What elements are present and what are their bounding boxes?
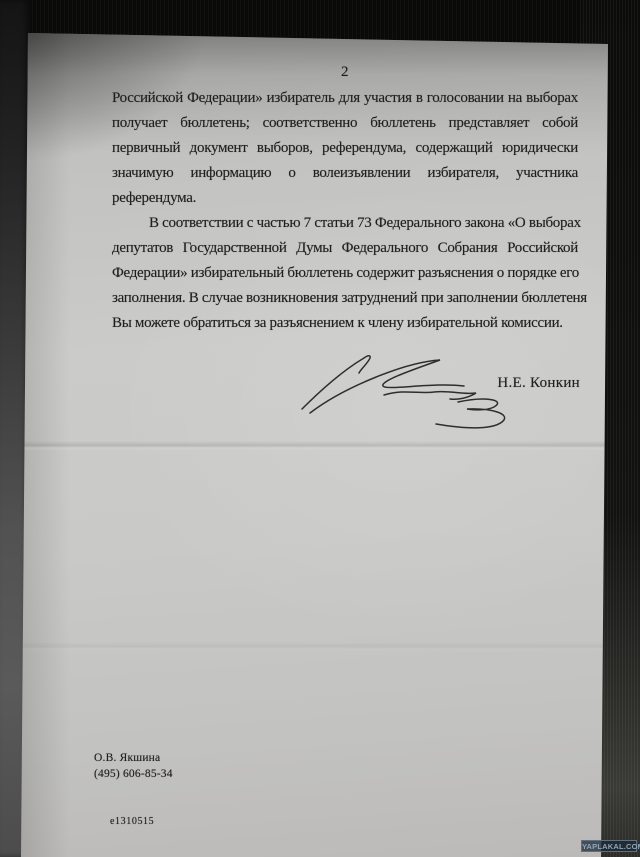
- text-line: депутатов Государственной Думы Федеральн…: [112, 236, 578, 261]
- text-line: В соответствии с частью 7 статьи 73 Феде…: [112, 211, 578, 236]
- text-line: Федерации» избирательный бюллетень содер…: [112, 261, 578, 286]
- text-line: Российской Федерации» избиратель для уча…: [112, 86, 578, 111]
- fold-crease-faint: [0, 642, 640, 652]
- paragraph: Российской Федерации» избиратель для уча…: [112, 86, 578, 211]
- document-body: Российской Федерации» избиратель для уча…: [112, 86, 578, 336]
- document-code: e1310515: [110, 816, 154, 827]
- text-line: заполнения. В случае возникновения затру…: [112, 286, 578, 311]
- text-line: референдума.: [112, 186, 578, 211]
- document-page: 2 Российской Федерации» избиратель для у…: [0, 0, 640, 857]
- executor-phone: (495) 606-85-34: [94, 766, 173, 782]
- executor-contact: О.В. Якшина (495) 606-85-34: [94, 750, 173, 782]
- page-number: 2: [112, 64, 578, 81]
- text-line: значимую информацию о волеизъявлении изб…: [112, 161, 578, 186]
- text-line: первичный документ выборов, референдума,…: [112, 136, 578, 161]
- executor-name: О.В. Якшина: [94, 750, 173, 766]
- fold-crease: [0, 441, 640, 451]
- yaplakal-watermark: YAPLAKAL.COM: [581, 840, 637, 852]
- signatory-name: Н.Е. Конкин: [480, 375, 580, 392]
- text-line: получает бюллетень; соответственно бюлле…: [112, 111, 578, 136]
- text-line: Вы можете обратиться за разъяснением к ч…: [112, 311, 578, 336]
- paragraph: В соответствии с частью 7 статьи 73 Феде…: [112, 211, 578, 336]
